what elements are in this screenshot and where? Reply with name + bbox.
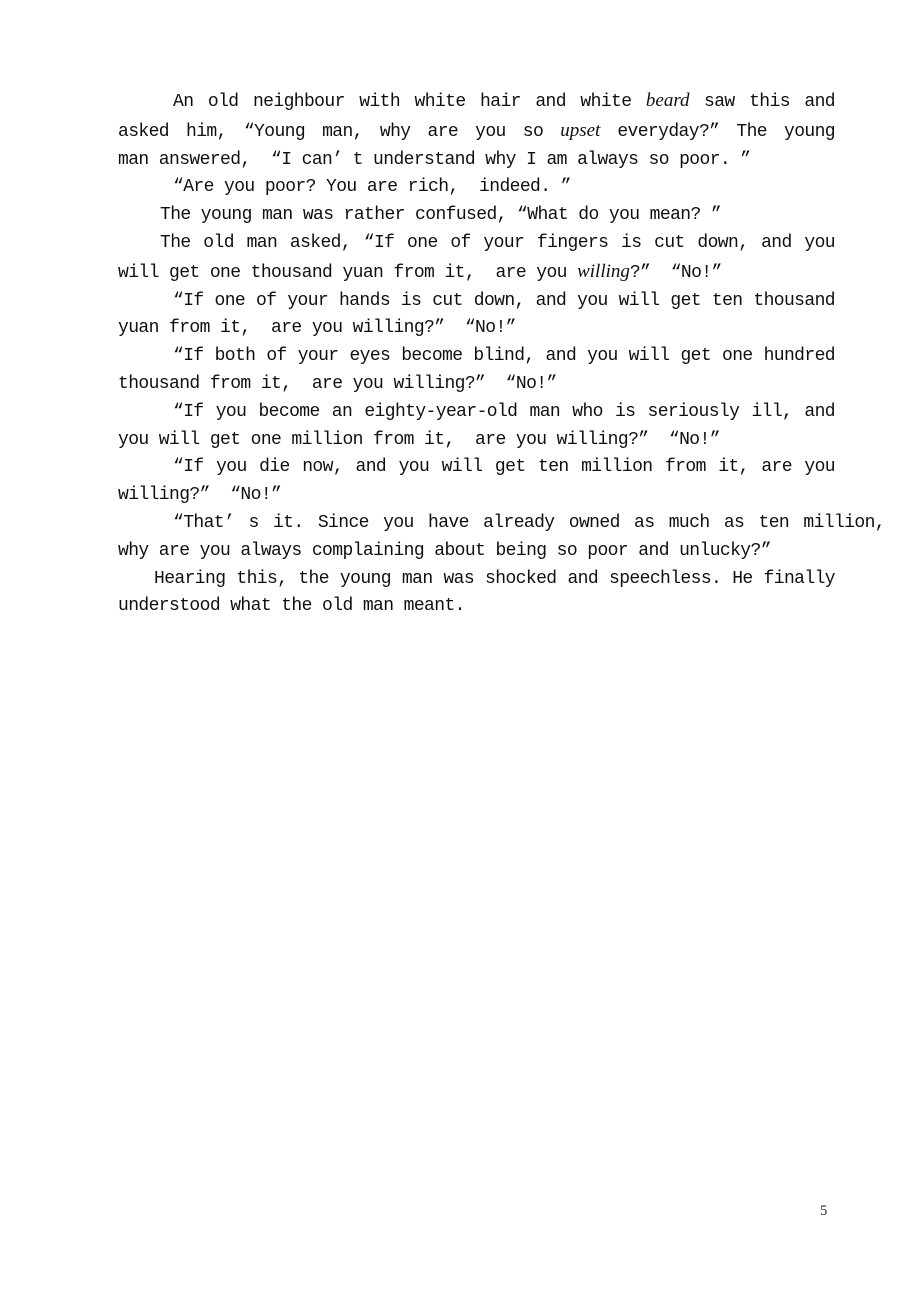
document-page: An old neighbour with white hair and whi… bbox=[0, 0, 920, 1302]
story-line-6: The old man asked, “If one of your finge… bbox=[118, 230, 835, 258]
story-line-13: you will get one million from it, are yo… bbox=[118, 427, 835, 455]
italic-text-segment: upset bbox=[560, 120, 600, 141]
story-text-block: An old neighbour with white hair and whi… bbox=[118, 87, 885, 621]
story-line-14: “If you die now, and you will get ten mi… bbox=[118, 454, 835, 482]
text-segment: The young man was rather confused, “What… bbox=[160, 205, 721, 225]
story-line-15: willing?” “No!” bbox=[118, 482, 835, 510]
italic-text-segment: willing bbox=[577, 261, 630, 282]
story-line-11: thousand from it, are you willing?” “No!… bbox=[118, 371, 835, 399]
text-segment: willing?” “No!” bbox=[118, 485, 281, 505]
text-segment: The old man asked, “If one of your finge… bbox=[160, 233, 835, 253]
story-line-16: “That’ s it. Since you have already owne… bbox=[118, 510, 885, 538]
story-line-2: asked him, “Young man, why are you so up… bbox=[118, 117, 835, 147]
text-segment: why are you always complaining about bei… bbox=[118, 541, 771, 561]
text-segment: everyday?” The young bbox=[600, 122, 835, 142]
text-segment: An old neighbour with white hair and whi… bbox=[173, 92, 646, 112]
text-segment: saw this and bbox=[690, 92, 835, 112]
story-line-12: “If you become an eighty-year-old man wh… bbox=[118, 399, 835, 427]
story-line-10: “If both of your eyes become blind, and … bbox=[118, 343, 835, 371]
story-line-1: An old neighbour with white hair and whi… bbox=[118, 87, 835, 117]
story-line-19: understood what the old man meant. bbox=[118, 593, 835, 621]
story-line-8: “If one of your hands is cut down, and y… bbox=[118, 288, 835, 316]
text-segment: ?” “No!” bbox=[630, 263, 722, 283]
text-segment: “Are you poor? You are rich, indeed. ” bbox=[173, 177, 571, 197]
text-segment: will get one thousand yuan from it, are … bbox=[118, 263, 577, 283]
text-segment: Hearing this, the young man was shocked … bbox=[154, 569, 835, 589]
page-number: 5 bbox=[820, 1203, 827, 1220]
story-line-3: man answered, “I can’ t understand why I… bbox=[118, 147, 835, 175]
story-line-9: yuan from it, are you willing?” “No!” bbox=[118, 315, 835, 343]
text-segment: asked him, “Young man, why are you so bbox=[118, 122, 560, 142]
story-line-7: will get one thousand yuan from it, are … bbox=[118, 258, 835, 288]
text-segment: “If one of your hands is cut down, and y… bbox=[173, 291, 835, 311]
story-line-5: The young man was rather confused, “What… bbox=[118, 202, 835, 230]
story-line-17: why are you always complaining about bei… bbox=[118, 538, 835, 566]
text-segment: you will get one million from it, are yo… bbox=[118, 430, 720, 450]
text-segment: “If you become an eighty-year-old man wh… bbox=[173, 402, 835, 422]
text-segment: man answered, “I can’ t understand why I… bbox=[118, 150, 751, 170]
text-segment: “If you die now, and you will get ten mi… bbox=[173, 457, 835, 477]
text-segment: understood what the old man meant. bbox=[118, 596, 465, 616]
text-segment: thousand from it, are you willing?” “No!… bbox=[118, 374, 557, 394]
text-segment: yuan from it, are you willing?” “No!” bbox=[118, 318, 516, 338]
story-line-4: “Are you poor? You are rich, indeed. ” bbox=[118, 174, 835, 202]
text-segment: “If both of your eyes become blind, and … bbox=[173, 346, 835, 366]
story-line-18: Hearing this, the young man was shocked … bbox=[118, 566, 835, 594]
text-segment: “That’ s it. Since you have already owne… bbox=[173, 513, 885, 533]
italic-text-segment: beard bbox=[646, 90, 690, 111]
